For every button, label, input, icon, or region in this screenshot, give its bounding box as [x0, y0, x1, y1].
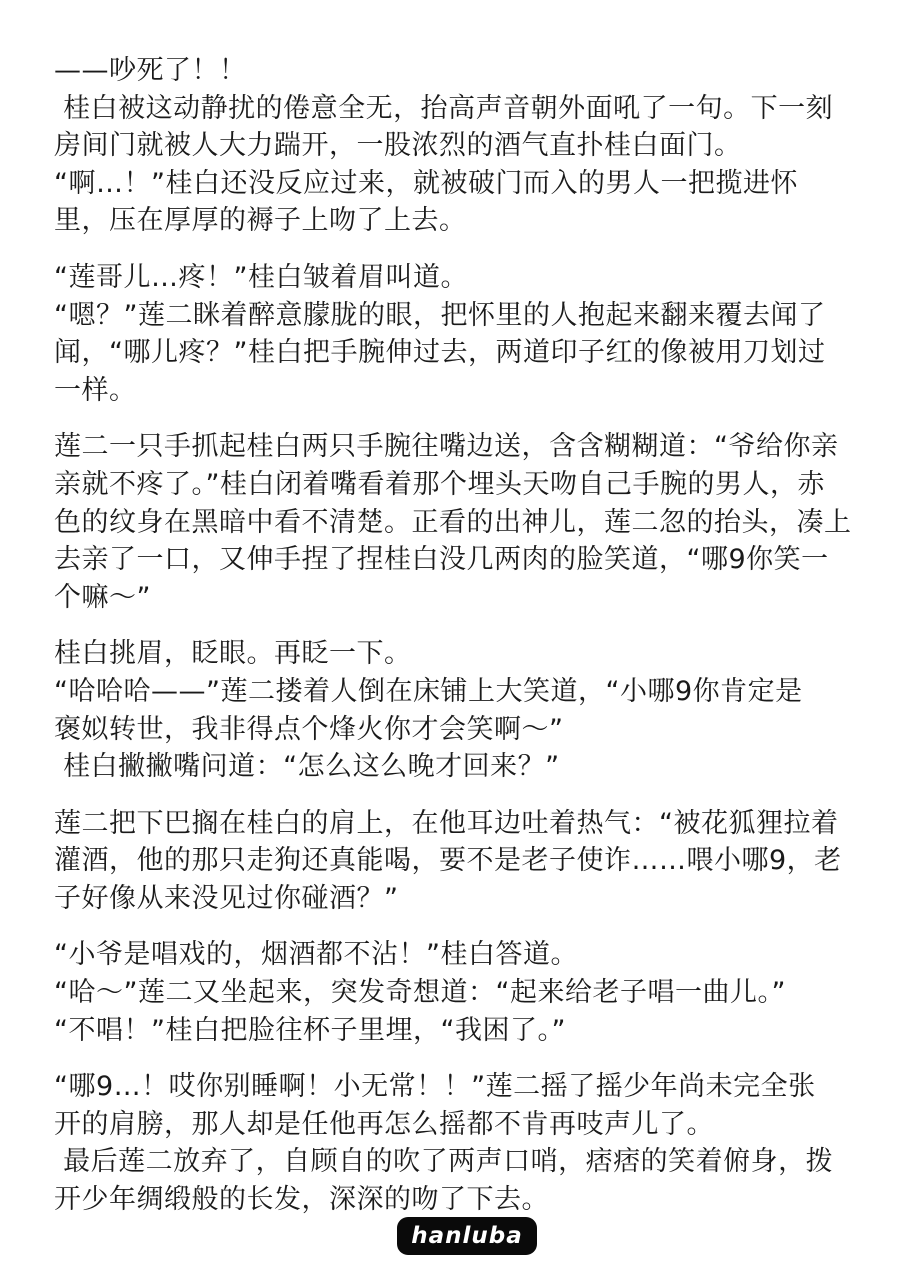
- text-line: 色的纹身在黑暗中看不清楚。正看的出神儿，莲二忽的抬头，凑上: [54, 504, 850, 542]
- text-line: “小爷是唱戏的，烟酒都不沾！”桂白答道。: [54, 936, 850, 974]
- text-line: 灌酒，他的那只走狗还真能喝，要不是老子使诈……喂小哪9，老: [54, 842, 850, 880]
- text-line: 开的肩膀，那人却是任他再怎么摇都不肯再吱声儿了。: [54, 1106, 850, 1144]
- paragraph: “小爷是唱戏的，烟酒都不沾！”桂白答道。“哈～”莲二又坐起来，突发奇想道：“起来…: [54, 936, 850, 1049]
- text-line: “莲哥儿…疼！”桂白皱着眉叫道。: [54, 259, 850, 297]
- text-line: 房间门就被人大力踹开，一股浓烈的酒气直扑桂白面门。: [54, 127, 850, 165]
- text-line: “哈～”莲二又坐起来，突发奇想道：“起来给老子唱一曲儿。”: [54, 974, 850, 1012]
- text-line: “哈哈哈——”莲二搂着人倒在床铺上大笑道，“小哪9你肯定是: [54, 673, 850, 711]
- text-line: 桂白挑眉，眨眼。再眨一下。: [54, 635, 850, 673]
- paragraph: “莲哥儿…疼！”桂白皱着眉叫道。“嗯？”莲二眯着醉意朦胧的眼，把怀里的人抱起来翻…: [54, 259, 850, 409]
- story-text: ——吵死了！！ 桂白被这动静扰的倦意全无，抬高声音朝外面吼了一句。下一刻房间门就…: [54, 52, 850, 1219]
- text-line: 子好像从来没见过你碰酒？”: [54, 880, 850, 918]
- text-line: 桂白被这动静扰的倦意全无，抬高声音朝外面吼了一句。下一刻: [54, 90, 850, 128]
- text-line: ——吵死了！！: [54, 52, 850, 90]
- text-line: “哪9…！哎你别睡啊！小无常！！”莲二摇了摇少年尚未完全张: [54, 1068, 850, 1106]
- text-line: “嗯？”莲二眯着醉意朦胧的眼，把怀里的人抱起来翻来覆去闻了: [54, 297, 850, 335]
- text-line: 开少年绸缎般的长发，深深的吻了下去。: [54, 1181, 850, 1219]
- text-line: 一样。: [54, 372, 850, 410]
- text-line: 里，压在厚厚的褥子上吻了上去。: [54, 202, 850, 240]
- text-line: 桂白撇撇嘴问道：“怎么这么晚才回来？”: [54, 748, 850, 786]
- paragraph: ——吵死了！！ 桂白被这动静扰的倦意全无，抬高声音朝外面吼了一句。下一刻房间门就…: [54, 52, 850, 240]
- watermark-badge: hanluba: [397, 1217, 537, 1255]
- text-line: 莲二一只手抓起桂白两只手腕往嘴边送，含含糊糊道：“爷给你亲: [54, 428, 850, 466]
- text-line: “不唱！”桂白把脸往杯子里埋，“我困了。”: [54, 1012, 850, 1050]
- text-line: 最后莲二放弃了，自顾自的吹了两声口哨，痞痞的笑着俯身，拨: [54, 1143, 850, 1181]
- paragraph: 桂白挑眉，眨眼。再眨一下。“哈哈哈——”莲二搂着人倒在床铺上大笑道，“小哪9你肯…: [54, 635, 850, 785]
- document-page: ——吵死了！！ 桂白被这动静扰的倦意全无，抬高声音朝外面吼了一句。下一刻房间门就…: [0, 0, 904, 1280]
- paragraph: 莲二把下巴搁在桂白的肩上，在他耳边吐着热气：“被花狐狸拉着灌酒，他的那只走狗还真…: [54, 805, 850, 918]
- text-line: “啊…！”桂白还没反应过来，就被破门而入的男人一把揽进怀: [54, 165, 850, 203]
- text-line: 去亲了一口，又伸手捏了捏桂白没几两肉的脸笑道，“哪9你笑一: [54, 541, 850, 579]
- text-line: 褒姒转世，我非得点个烽火你才会笑啊～”: [54, 711, 850, 749]
- text-line: 闻，“哪儿疼？”桂白把手腕伸过去，两道印子红的像被用刀划过: [54, 334, 850, 372]
- text-line: 个嘛～”: [54, 579, 850, 617]
- text-line: 莲二把下巴搁在桂白的肩上，在他耳边吐着热气：“被花狐狸拉着: [54, 805, 850, 843]
- paragraph: 莲二一只手抓起桂白两只手腕往嘴边送，含含糊糊道：“爷给你亲亲就不疼了。”桂白闭着…: [54, 428, 850, 616]
- watermark-label: hanluba: [411, 1223, 523, 1249]
- paragraph: “哪9…！哎你别睡啊！小无常！！”莲二摇了摇少年尚未完全张开的肩膀，那人却是任他…: [54, 1068, 850, 1218]
- text-line: 亲就不疼了。”桂白闭着嘴看着那个埋头天吻自己手腕的男人，赤: [54, 466, 850, 504]
